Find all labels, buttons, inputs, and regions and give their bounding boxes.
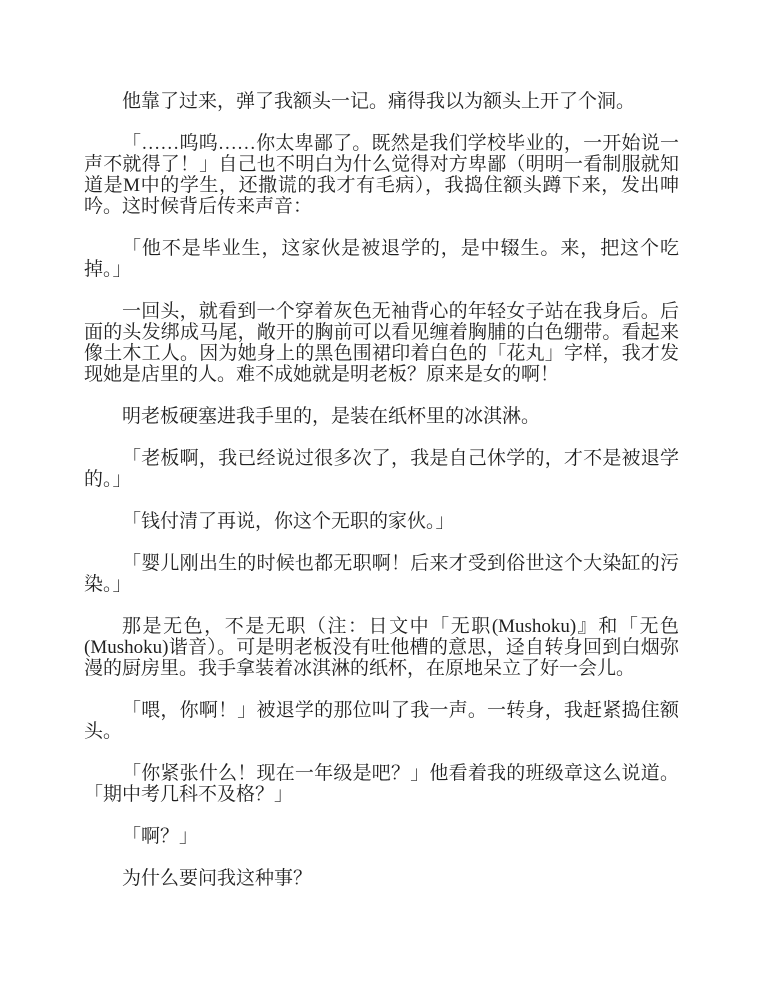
paragraph: 那是无色，不是无职（注：日文中「无职(Mushoku)』和「无色(Mushoku…	[84, 616, 679, 679]
text-body: 他靠了过来，弹了我额头一记。痛得我以为额头上开了个洞。「……呜呜……你太卑鄙了。…	[84, 91, 679, 889]
paragraph: 「……呜呜……你太卑鄙了。既然是我们学校毕业的，一开始说一声不就得了！」自己也不…	[84, 133, 679, 217]
document-page: 他靠了过来，弹了我额头一记。痛得我以为额头上开了个洞。「……呜呜……你太卑鄙了。…	[0, 0, 765, 990]
paragraph: 明老板硬塞进我手里的，是装在纸杯里的冰淇淋。	[84, 406, 679, 427]
paragraph: 为什么要问我这种事？	[84, 868, 679, 889]
paragraph: 「钱付清了再说，你这个无职的家伙。」	[84, 511, 679, 532]
paragraph: 「喂，你啊！」被退学的那位叫了我一声。一转身，我赶紧捣住额头。	[84, 700, 679, 742]
paragraph: 「他不是毕业生，这家伙是被退学的，是中辍生。来，把这个吃掉。」	[84, 238, 679, 280]
paragraph: 一回头，就看到一个穿着灰色无袖背心的年轻女子站在我身后。后面的头发绑成马尾，敞开…	[84, 301, 679, 385]
paragraph: 「你紧张什么！现在一年级是吧？」他看着我的班级章这么说道。「期中考几科不及格？」	[84, 763, 679, 805]
paragraph: 他靠了过来，弹了我额头一记。痛得我以为额头上开了个洞。	[84, 91, 679, 112]
paragraph: 「老板啊，我已经说过很多次了，我是自己休学的，才不是被退学的。」	[84, 448, 679, 490]
paragraph: 「婴儿刚出生的时候也都无职啊！后来才受到俗世这个大染缸的污染。」	[84, 553, 679, 595]
paragraph: 「啊？」	[84, 826, 679, 847]
